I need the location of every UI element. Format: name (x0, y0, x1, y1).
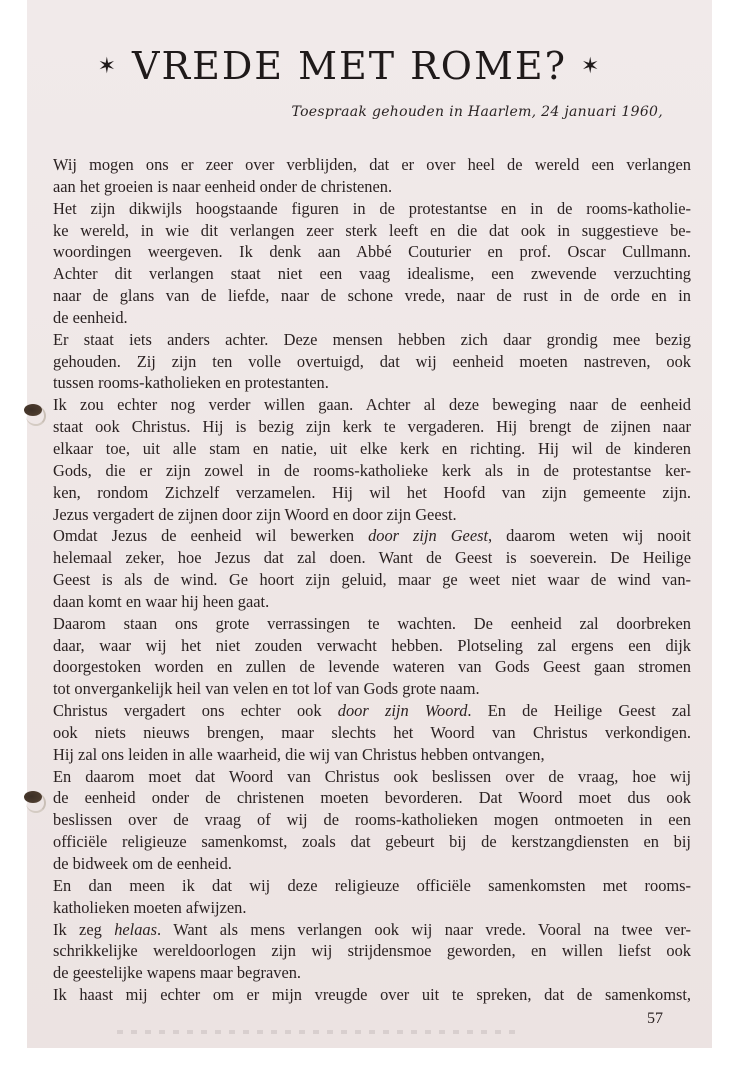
text-run: gehouden. Zij zijn ten volle overtuigd, … (53, 352, 691, 371)
text-line: Gods, die er zijn zowel in de rooms-kath… (53, 460, 691, 482)
text-line: Ik haast mij echter om er mijn vreugde o… (53, 984, 691, 1006)
title-text: VREDE MET ROME? (132, 44, 567, 88)
text-run: . Want als mens verlangen ook wij naar v… (157, 920, 691, 939)
text-run: Achter dit verlangen staat niet een vaag… (53, 264, 691, 283)
text-line: ke wereld, in wie dit verlangen zeer ste… (53, 220, 691, 242)
text-line: Het zijn dikwijls hoogstaande figuren in… (53, 198, 691, 220)
italic-text: door zijn Woord (338, 701, 468, 720)
text-run: staat ook Christus. Hij is bezig zijn ke… (53, 417, 691, 436)
text-line: de eenheid onder de christenen moeten be… (53, 787, 691, 809)
text-run: Wij mogen ons er zeer over verblijden, d… (53, 155, 691, 174)
text-run: En dan meen ik dat wij deze religieuze o… (53, 876, 691, 895)
text-line: Omdat Jezus de eenheid wil bewerken door… (53, 525, 691, 547)
binding-hole-icon (24, 404, 44, 426)
text-line: En daarom moet dat Woord van Christus oo… (53, 766, 691, 788)
text-run: ke wereld, in wie dit verlangen zeer ste… (53, 221, 691, 240)
text-line: aan het groeien is naar eenheid onder de… (53, 176, 691, 198)
text-line: doorgestoken worden en zullen de levende… (53, 656, 691, 678)
text-line: Geest is als de wind. Ge hoort zijn gelu… (53, 569, 691, 591)
text-run: Hij zal ons leiden in alle waarheid, die… (53, 745, 545, 764)
italic-text: door zijn Geest (368, 526, 488, 545)
text-line: officiële religieuze samenkomst, zoals d… (53, 831, 691, 853)
text-run: Er staat iets anders achter. Deze mensen… (53, 330, 691, 349)
text-line: helemaal zeker, hoe Jezus dat zal doen. … (53, 547, 691, 569)
text-run: Ik haast mij echter om er mijn vreugde o… (53, 985, 691, 1004)
text-run: de eenheid. (53, 308, 128, 327)
text-run: ook niets nieuws brengen, maar slechts h… (53, 723, 691, 742)
text-run: Omdat Jezus de eenheid wil bewerken (53, 526, 368, 545)
text-line: de geestelijke wapens maar begraven. (53, 962, 691, 984)
text-line: Christus vergadert ons echter ook door z… (53, 700, 691, 722)
text-line: woordingen weergeven. Ik denk aan Abbé C… (53, 241, 691, 263)
text-run: naar de glans van de liefde, naar de sch… (53, 286, 691, 305)
text-line: tot onvergankelijk heil van velen en tot… (53, 678, 691, 700)
text-run: ken, rondom Zichzelf verzamelen. Hij wil… (53, 483, 691, 502)
text-run: Daarom staan ons grote verrassingen te w… (53, 614, 691, 633)
text-run: Gods, die er zijn zowel in de rooms-kath… (53, 461, 691, 480)
text-line: naar de glans van de liefde, naar de sch… (53, 285, 691, 307)
text-line: gehouden. Zij zijn ten volle overtuigd, … (53, 351, 691, 373)
text-line: tussen rooms-katholieken en protestanten… (53, 372, 691, 394)
text-run: Ik zou echter nog verder willen gaan. Ac… (53, 395, 691, 414)
text-run: Jezus vergadert de zijnen door zijn Woor… (53, 505, 457, 524)
text-run: de geestelijke wapens maar begraven. (53, 963, 301, 982)
text-run: En daarom moet dat Woord van Christus oo… (53, 767, 691, 786)
text-line: staat ook Christus. Hij is bezig zijn ke… (53, 416, 691, 438)
text-run: de eenheid onder de christenen moeten be… (53, 788, 691, 807)
text-line: Ik zeg helaas. Want als mens verlangen o… (53, 919, 691, 941)
speech-subtitle: Toespraak gehouden in Haarlem, 24 januar… (292, 104, 663, 120)
text-run: daar, waar wij het niet zouden verwacht … (53, 636, 691, 655)
text-run: Het zijn dikwijls hoogstaande figuren in… (53, 199, 691, 218)
page-title: ✶VREDE MET ROME?✶ (7, 44, 692, 88)
text-line: de eenheid. (53, 307, 691, 329)
text-line: beslissen over de vraag of wij de rooms-… (53, 809, 691, 831)
text-run: tussen rooms-katholieken en protestanten… (53, 373, 329, 392)
body-text: Wij mogen ons er zeer over verblijden, d… (53, 154, 691, 1006)
text-run: aan het groeien is naar eenheid onder de… (53, 177, 392, 196)
text-line: daan komt en waar hij heen gaat. (53, 591, 691, 613)
text-run: Ik zeg (53, 920, 114, 939)
text-line: ken, rondom Zichzelf verzamelen. Hij wil… (53, 482, 691, 504)
text-line: Er staat iets anders achter. Deze mensen… (53, 329, 691, 351)
text-line: schrikkelijke wereldoorlogen zijn wij st… (53, 940, 691, 962)
text-run: elkaar toe, uit alle stam en natie, uit … (53, 439, 691, 458)
text-line: elkaar toe, uit alle stam en natie, uit … (53, 438, 691, 460)
italic-text: helaas (114, 920, 157, 939)
text-run: officiële religieuze samenkomst, zoals d… (53, 832, 691, 851)
text-run: schrikkelijke wereldoorlogen zijn wij st… (53, 941, 691, 960)
text-line: Ik zou echter nog verder willen gaan. Ac… (53, 394, 691, 416)
text-run: . En de Heilige Geest zal (467, 701, 691, 720)
page-number: 57 (647, 1010, 663, 1028)
star-ornament-icon: ✶ (581, 54, 601, 79)
text-line: En dan meen ik dat wij deze religieuze o… (53, 875, 691, 897)
text-run: Geest is als de wind. Ge hoort zijn gelu… (53, 570, 691, 589)
text-line: katholieken moeten afwijzen. (53, 897, 691, 919)
text-run: Christus vergadert ons echter ook (53, 701, 338, 720)
star-ornament-icon: ✶ (98, 54, 118, 79)
text-run: daan komt en waar hij heen gaat. (53, 592, 269, 611)
text-run: tot onvergankelijk heil van velen en tot… (53, 679, 480, 698)
text-run: katholieken moeten afwijzen. (53, 898, 246, 917)
text-run: woordingen weergeven. Ik denk aan Abbé C… (53, 242, 691, 261)
text-line: Achter dit verlangen staat niet een vaag… (53, 263, 691, 285)
text-line: Hij zal ons leiden in alle waarheid, die… (53, 744, 691, 766)
text-line: daar, waar wij het niet zouden verwacht … (53, 635, 691, 657)
text-run: helemaal zeker, hoe Jezus dat zal doen. … (53, 548, 691, 567)
text-line: Daarom staan ons grote verrassingen te w… (53, 613, 691, 635)
print-smudge (117, 1030, 517, 1034)
text-line: Jezus vergadert de zijnen door zijn Woor… (53, 504, 691, 526)
text-line: de bidweek om de eenheid. (53, 853, 691, 875)
text-line: Wij mogen ons er zeer over verblijden, d… (53, 154, 691, 176)
text-run: beslissen over de vraag of wij de rooms-… (53, 810, 691, 829)
text-run: de bidweek om de eenheid. (53, 854, 232, 873)
text-run: , daarom weten wij nooit (488, 526, 691, 545)
text-run: doorgestoken worden en zullen de levende… (53, 657, 691, 676)
binding-hole-icon (24, 791, 44, 813)
text-line: ook niets nieuws brengen, maar slechts h… (53, 722, 691, 744)
book-page: ✶VREDE MET ROME?✶ Toespraak gehouden in … (27, 0, 712, 1048)
